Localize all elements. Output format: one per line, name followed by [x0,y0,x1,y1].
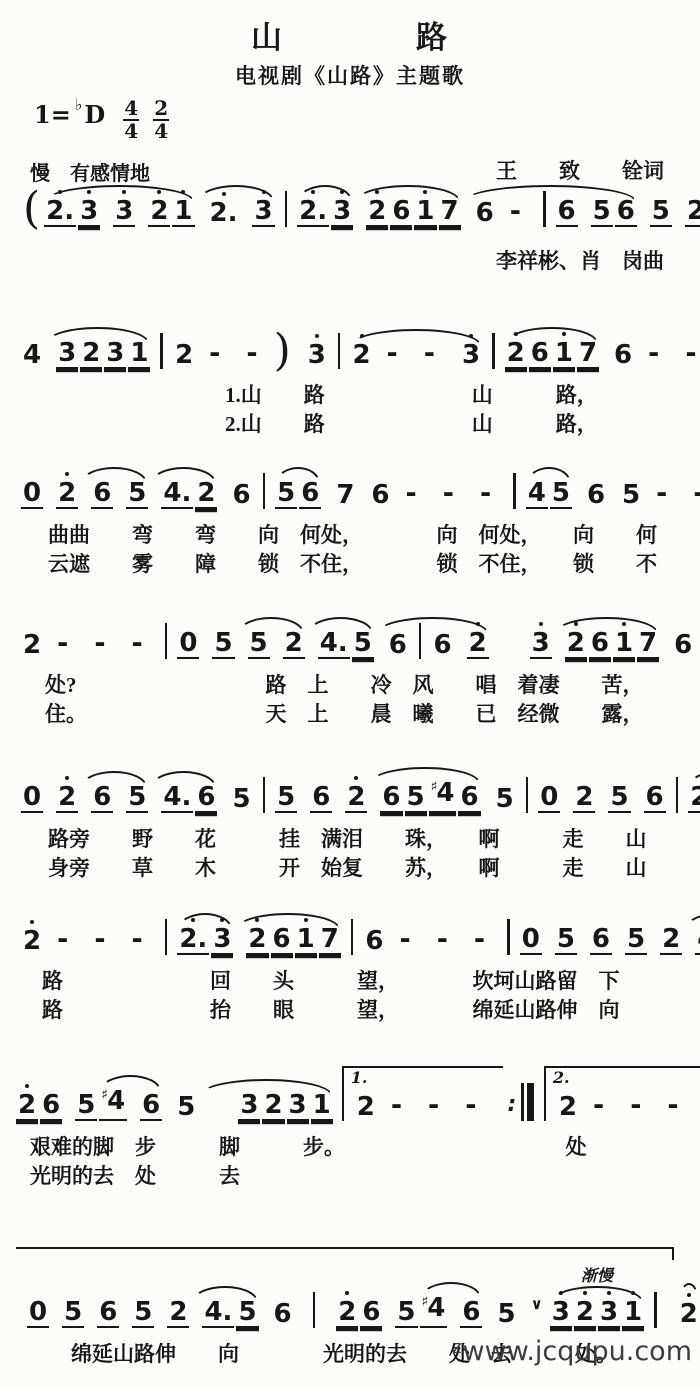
duration-dash: - [474,925,485,955]
note-token: 6 [271,918,293,955]
octave-dot-slot [262,1084,284,1091]
barline [419,623,422,659]
key-prefix: 1= [34,100,71,130]
octave-dot-slot [318,622,350,629]
barline [313,1292,316,1328]
note-token: 5 [275,776,297,813]
barline [263,777,266,813]
note-token: 2 [56,472,78,509]
key-letter: D [84,100,105,130]
octave-dot-icon [246,918,268,925]
note-token: 7 [334,474,356,509]
octave-dot-slot [195,776,217,783]
repeat-barline-icon: : [507,1083,533,1121]
note-group: 4 [20,334,44,369]
note-token: 0 [21,472,43,509]
parenthesis: ) [274,333,291,369]
octave-dot-slot [271,918,293,925]
slur-group: 3231 [198,1084,333,1121]
note-token: 2 [195,472,217,509]
note-token: 6 [474,192,496,227]
octave-dot-slot [695,918,700,925]
duration-dash: - [648,339,659,369]
slur-group: 2617 [553,622,660,659]
note-token: 5 [132,1291,154,1328]
note-token: 5 [555,918,577,955]
slur-group: 2.3 [196,190,276,227]
note-token: 7 [439,190,461,227]
slur-group: 4.5 [306,622,375,659]
slur-group: 4.5 [683,918,700,955]
octave-dot-slot [275,472,297,479]
note-group: 5 [163,1086,198,1121]
slur-group: 65♯46 [368,772,481,813]
octave-dot-slot [352,622,374,629]
octave-dot-slot [311,1084,333,1091]
duration-dash: - [510,197,521,227]
octave-dot-slot [202,1291,234,1298]
duration-dash: - [437,925,448,955]
note-token: 2 [355,1086,377,1121]
octave-dot-icon [148,190,170,197]
note-token: 2 [467,622,489,659]
note-group: 6 [218,473,274,509]
music-system-7: 265♯46532311.2---:2.2---艰难的脚 步 脚 步。 处光明的… [15,1066,688,1191]
note-token: 2 [56,776,78,813]
note-token: 5 [352,622,374,659]
duration-dash: - [132,925,143,955]
note-token: 5 [230,778,252,813]
note-token: 4. [202,1291,234,1328]
note-group [276,191,297,227]
volta-bracket: 2.2--- [544,1066,700,1121]
note-token: 2 [557,1086,579,1121]
note-token: 5 [236,1291,258,1328]
note-token: 2 [80,332,102,369]
note-token: 6 [369,474,391,509]
time-signature: 44 [123,100,139,140]
note-token: 3 [530,622,552,659]
note-token: 3 [252,190,274,227]
note-token: 6 [529,332,551,369]
note-token: 6 [272,1293,294,1328]
barline [165,919,168,955]
note-token: 6 [380,776,402,813]
note-token: 5 [395,1291,417,1328]
note-token: 3 [211,918,233,955]
octave-dot-slot [460,1291,482,1298]
note-token: 6 [390,190,412,227]
octave-dot-slot [56,332,78,339]
note-token: 6 [195,776,217,813]
parenthesis: ( [23,191,40,227]
duration-dash: - [246,339,257,369]
note-token: 3 [598,1291,620,1328]
note-token: 5 [495,1293,517,1328]
duration-dash: - [428,1091,439,1121]
sheet-music-page: 山 路 电视剧《山路》主题歌 1= ♭ D 4424 王 致 铨词 李祥彬、肖 … [0,0,700,1386]
note-token: 4. [318,622,350,659]
note-token: 6 [460,1291,482,1328]
note-token: 5 [650,190,672,227]
lyric-line: 曲曲 弯 弯 向 何处， 向 何处， 向 何 [20,521,688,550]
lyric-line: 光明的去 处 去 [15,1162,688,1191]
octave-dot-slot [550,472,572,479]
note-token: 7 [637,622,659,659]
barline [543,191,546,227]
notation-row: 02654.265676---4565---403231 [20,472,688,515]
music-system-6: 2---2.326176---056524.56.路 回 头 望， 坎坷山路留 … [20,918,688,1025]
volta-bracket: 1.2--- [342,1066,504,1121]
octave-dot-icon [350,334,372,341]
note-token: 3 [460,334,482,369]
barline [492,333,495,369]
octave-dot-icon [211,918,233,925]
octave-dot-slot [195,472,217,479]
octave-dot-slot [405,776,427,783]
duration-dash: - [693,479,700,509]
note-token: 5 [405,776,427,813]
lyric-line: 住。 天 上 晨 曦 已 经微 露， [20,700,688,729]
note-token: 2 [246,918,268,955]
note-group: 02 [20,472,79,509]
note-group: 2--)3 [151,333,349,369]
note-token: 0 [520,918,542,955]
note-token: 6 [615,190,637,227]
slur-group: 2617 [354,190,461,227]
note-token: 0 [27,1291,49,1328]
note-token: 3 [550,1291,572,1328]
slur-group: 65 [79,472,149,509]
octave-dot-icon [598,1291,620,1298]
duration-dash: - [685,339,696,369]
duration-dash: - [387,339,398,369]
sharp-accidental-icon: ♯ [431,779,438,795]
slur-group: 6-656 [462,190,638,227]
octave-dot-slot [429,772,457,779]
note-token: 3 [238,1084,260,1121]
duration-dash: - [667,1091,678,1121]
note-token: 1 [295,918,317,955]
octave-dot-icon [44,190,76,197]
octave-dot-slot [299,472,321,479]
octave-dot-slot [380,776,402,783]
octave-dot-icon [613,622,635,629]
note-token: 2 [350,334,372,369]
note-token: 6 [644,776,666,813]
note-token: 2 [574,1291,596,1328]
note-token: 6 [589,622,611,659]
key-signature: 1= ♭ D 4424 [34,100,169,140]
octave-dot-slot [439,190,461,197]
lyric-line: 路 回 头 望， 坎坷山路留 下 [20,967,688,996]
octave-dot-icon [177,918,209,925]
slur-group: 4.2 [149,472,218,509]
note-group: 50256 [482,776,688,813]
note-token: 3 [287,1084,309,1121]
octave-dot-slot [161,472,193,479]
note-token: 5 [126,472,148,509]
note-token: 6 [97,1291,119,1328]
note-group: 6-- [600,333,700,369]
octave-dot-slot [126,472,148,479]
slur-group: 662 [375,622,490,659]
duration-dash: - [94,629,105,659]
watermark: zwww.jcqupu.com [452,1336,692,1367]
note-group: 5562 [218,776,368,813]
lyricist-credit: 王 致 铨词 [496,156,664,186]
flat-accidental-icon: ♭ [75,95,83,114]
note-token: 3 [104,332,126,369]
note-token: 5 [275,472,297,509]
octave-dot-slot [390,190,412,197]
time-signature: 24 [153,100,169,140]
slur-group: 45 [525,472,573,509]
note-token: 2 [173,334,195,369]
duration-dash: - [656,479,667,509]
note-token: 5 [175,1086,197,1121]
duration-dash: - [132,629,143,659]
note-token: 2. [208,192,240,227]
note-group: 65---40 [573,472,700,509]
barline [526,777,529,813]
octave-dot-slot [387,624,409,631]
note-token: 0 [21,776,43,813]
note-token: 2. [177,918,209,955]
note-token: 2 [565,622,587,659]
note-token: 2 [345,776,367,813]
note-group: 76--- [322,473,524,509]
slur-group: ♯46 [98,1080,163,1121]
sharp-accidental-icon: ♯ [101,1087,108,1103]
note-group: 6265 [260,1291,419,1328]
barline [513,473,516,509]
song-title: 山 路 [0,12,700,57]
octave-dot-slot [104,332,126,339]
note-token: 6 [672,624,694,659]
barline [263,473,266,509]
note-token: 1 [172,190,194,227]
note-token: 2 [21,624,43,659]
note-token: 2 [685,190,700,227]
notation-row: 02654.6556265♯46502562.3321 [20,772,688,819]
octave-dot-icon [505,332,527,339]
note-token: 2 [573,776,595,813]
note-token: 3 [113,190,135,227]
note-token: 6 [230,474,252,509]
notation-row: 432312--)32--326176-- [20,332,688,375]
note-token: 2 [678,1283,700,1328]
duration-dash: - [57,629,68,659]
notation-row: 2---2.326176---056524.56. [20,918,688,961]
note-token: 6 [91,776,113,813]
octave-dot-slot [591,190,613,197]
note-token: 7 [577,332,599,369]
duration-dash: - [94,925,105,955]
note-token: 6 [310,776,332,813]
note-token: 4 [21,334,43,369]
slur-group: 4.6 [149,776,218,813]
note-group: : [505,1083,535,1121]
octave-dot-slot [236,1291,258,1298]
note-token: 7 [319,918,341,955]
note-token: 5 [608,776,630,813]
music-system-3: 02654.265676---4565---403231曲曲 弯 弯 向 何处，… [20,472,688,579]
duration-dash: - [209,339,220,369]
note-token: 2 [366,190,388,227]
slur-group: 56 [274,472,322,509]
note-token: 6 [360,1291,382,1328]
octave-dot-slot [319,918,341,925]
note-group [483,333,504,369]
note-token: 1 [613,622,635,659]
octave-dot-icon [252,190,274,197]
note-token: 4 [526,472,548,509]
note-token: 6 [458,776,480,813]
slur-group: 2.3 [687,776,700,813]
note-token: 3 [56,332,78,369]
octave-dot-slot [577,332,599,339]
lyric-line: 路 抬 眼 望， 绵延山路伸 向 [20,996,688,1025]
slur-group: 2617 [234,918,341,955]
notation-row: (2.33212.32.326176-656524.65 [20,190,688,233]
note-token: 6 [556,190,578,227]
octave-dot-icon [467,622,489,629]
octave-dot-slot [99,1080,127,1087]
note-token: 2. [44,190,76,227]
lyric-line: 1.山 路 山 路， [20,381,688,410]
note-token: 3 [306,334,328,369]
note-token: 2 [148,190,170,227]
note-token: 2 [167,1291,189,1328]
time-signatures: 4424 [123,100,169,140]
octave-dot-icon [78,190,100,197]
slur-group: ♯46 [419,1287,484,1328]
composer-credit: 李祥彬、肖 岗曲 [496,246,664,276]
lyric-line: 云遮 雾 障 锁 不住， 锁 不住， 锁 不 [20,550,688,579]
note-token: 1 [622,1291,644,1328]
duration-dash: - [465,1091,476,1121]
note-token: 6 [431,624,453,659]
octave-dot-slot [529,332,551,339]
duration-dash: - [480,479,491,509]
note-token: 5 [620,474,642,509]
note-token: 4. [161,776,193,813]
octave-dot-icon [688,776,700,783]
note-group: 2--- [20,919,176,955]
note-group: 6 [660,623,700,659]
octave-dot-icon [331,190,353,197]
volta-label: 1. [351,1070,368,1086]
note-group: 265 [15,1084,98,1121]
slur-group: 渐慢3231 [549,1291,645,1328]
watermark-text: www.jcqupu.com [463,1336,692,1367]
barline [160,333,163,369]
octave-dot-slot [589,622,611,629]
octave-dot-slot [458,776,480,783]
slur-group: 2617 [504,332,600,369]
note-group: 5∨ [483,1293,548,1328]
octave-dot-slot [287,1084,309,1091]
note-token: 5 [550,472,572,509]
octave-dot-slot [140,1084,162,1091]
volta-label: 2. [553,1070,570,1086]
note-token: 2 [505,332,527,369]
octave-dot-slot [283,622,305,629]
note-token: 6 [387,624,409,659]
note-token: 6 [363,920,385,955]
slur-group: 3231 [44,332,151,369]
slur-group: 52 [236,622,306,659]
slur-group: 2--3 [349,334,483,369]
lyric-line: 艰难的脚 步 脚 步。 处 [15,1133,688,1162]
breath-mark-icon: ∨ [531,1295,543,1313]
barline [507,919,510,955]
note-token: 6 [590,918,612,955]
note-group: 05652 [26,1291,190,1328]
music-system-1: (2.33212.32.326176-656524.65 [20,190,688,239]
note-group: 02 [20,776,79,813]
slur-group: 4.5 [190,1291,259,1328]
barline [338,333,341,369]
note-token: 6 [585,474,607,509]
note-token: 2 [660,918,682,955]
note-group: 3 [490,622,553,659]
note-token: 0 [177,622,199,659]
lyric-line: 身旁 草 木 开 始复 苏， 啊 走 山 [20,854,688,883]
notation-row: 265♯46532311.2---:2.2--- [15,1066,688,1127]
sharp-accidental-icon: ♯ [422,1294,429,1310]
duration-dash: - [406,479,417,509]
note-token: 6 [91,472,113,509]
music-system-5: 02654.6556265♯46502562.3321路旁 野 花 挂 满泪 珠… [20,772,688,883]
duration-dash: - [399,925,410,955]
duration-dash: - [391,1091,402,1121]
note-token: 1 [553,332,575,369]
note-token: 5 [75,1084,97,1121]
note-token: 1 [414,190,436,227]
barline [285,191,288,227]
note-token: 6 [299,472,321,509]
octave-dot-icon [460,334,482,341]
octave-dot-slot [556,190,578,197]
note-token: 5 [62,1291,84,1328]
octave-dot-icon [574,1291,596,1298]
note-token: 2 [262,1084,284,1121]
note-token: 2. [688,776,700,813]
octave-dot-icon [550,1291,572,1298]
octave-dot-icon [172,190,194,197]
barline [654,1292,657,1328]
octave-dot-slot [80,332,102,339]
duration-dash: - [443,479,454,509]
octave-dot-slot [248,622,270,629]
music-system-2: 432312--)32--326176--1.山 路 山 路，2.山 路 山 路… [20,332,688,439]
octave-dot-icon [295,918,317,925]
note-token: ♯4 [99,1080,127,1121]
tempo-marking: 慢 有感情地 [30,157,150,186]
note-token: 2 [16,1084,38,1121]
slur-group: 65 [79,776,149,813]
octave-dot-icon [366,190,388,197]
duration-dash: - [593,1091,604,1121]
note-token: ♯4 [429,772,457,813]
barline [351,919,354,955]
lyric-line: 2.山 路 山 路， [20,410,688,439]
octave-dot-slot [431,624,453,631]
note-token: 4. [161,472,193,509]
fermata-icon [680,1283,698,1292]
